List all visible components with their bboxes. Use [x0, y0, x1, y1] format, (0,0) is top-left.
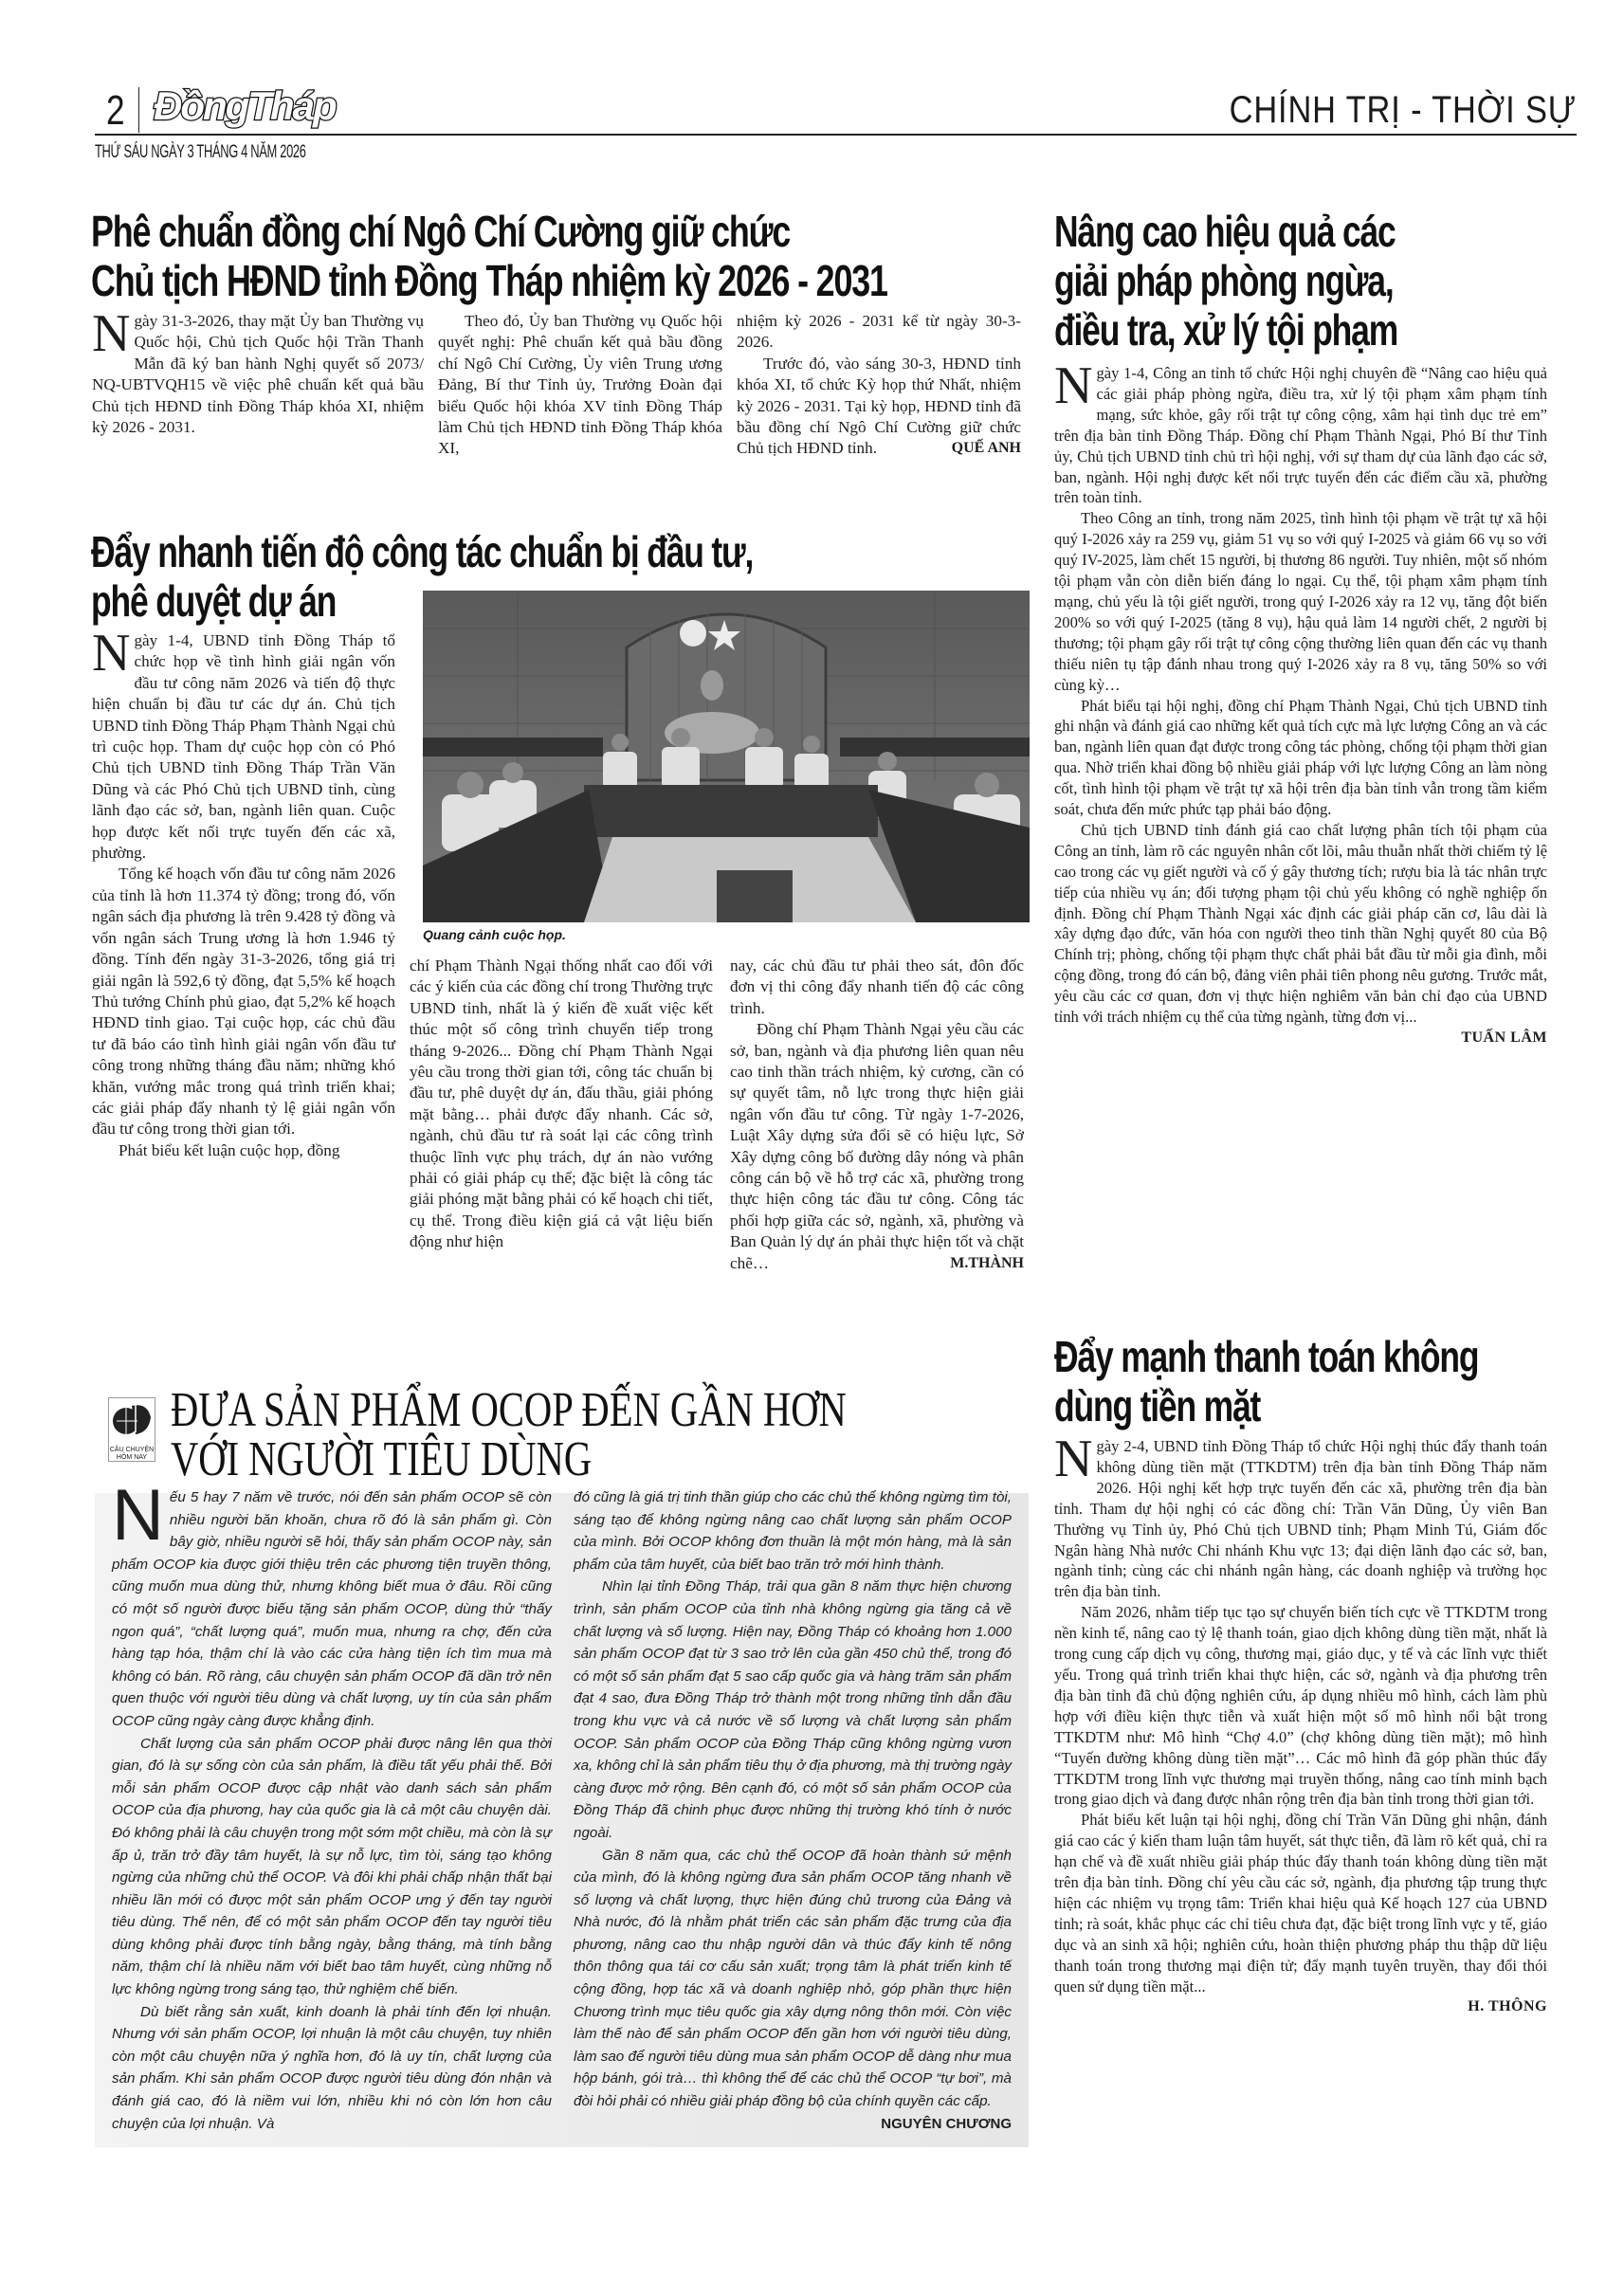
article3-body: Ngày 1-4, Công an tỉnh tổ chức Hội nghị … — [1054, 363, 1547, 1048]
article1-column-3: nhiệm kỳ 2026 - 2031 kể từ ngày 30-3-202… — [737, 311, 1021, 460]
article5-column-2: đó cũng là giá trị tinh thần giúp cho cá… — [574, 1486, 1012, 2135]
byline: M.THÀNH — [923, 1253, 1024, 1274]
body-text: gày 1-4, Công an tỉnh tổ chức Hội nghị c… — [1054, 364, 1547, 506]
byline: QUẾ ANH — [925, 438, 1021, 459]
body-text: đó cũng là giá trị tinh thần giúp cho cá… — [574, 1486, 1012, 1576]
body-text: Tổng kế hoạch vốn đầu tư công năm 2026 c… — [92, 864, 395, 1139]
drop-cap: N — [92, 313, 130, 355]
headline-line: VỚI NGƯỜI TIÊU DÙNG — [171, 1435, 984, 1485]
article4-body: Ngày 2-4, UBND tỉnh Đồng Tháp tổ chức Hộ… — [1054, 1436, 1547, 2017]
body-text: chí Phạm Thành Ngại thống nhất cao đối v… — [410, 956, 713, 1253]
page-number: 2 — [106, 87, 124, 135]
body-text: nhiệm kỳ 2026 - 2031 kể từ ngày 30-3-202… — [737, 311, 1021, 354]
drop-cap: N — [92, 632, 130, 674]
icon-label: CÂU CHUYỆN — [109, 1447, 155, 1454]
section-title: CHÍNH TRỊ - THỜI SỰ — [1230, 89, 1577, 132]
body-text: Đồng chí Phạm Thành Ngại yêu cầu các sở,… — [730, 1020, 1024, 1271]
body-text: Theo đó, Ủy ban Thường vụ Quốc hội quyết… — [438, 311, 722, 460]
masthead-rule — [95, 134, 1577, 136]
byline: TUẤN LÂM — [1054, 1028, 1547, 1048]
body-text: gày 31-3-2026, thay mặt Ủy ban Thường vụ… — [92, 312, 424, 436]
article4-headline: Đẩy mạnh thanh toán không dùng tiền mặt — [1054, 1332, 1529, 1430]
body-text: Theo Công an tỉnh, trong năm 2025, tình … — [1054, 508, 1547, 695]
body-text: Phát biểu kết luận cuộc họp, đồng — [92, 1140, 395, 1161]
headline-line: giải pháp phòng ngừa, — [1054, 256, 1529, 305]
body-text: gày 1-4, UBND tỉnh Đồng Tháp tổ chức họp… — [92, 631, 395, 862]
article5-column-1: Nếu 5 hay 7 năm về trước, nói đến sản ph… — [112, 1486, 552, 2135]
byline: H. THÔNG — [1054, 1996, 1547, 2017]
article3-headline: Nâng cao hiệu quả các giải pháp phòng ng… — [1054, 207, 1529, 355]
headline-line: điều tra, xử lý tội phạm — [1054, 305, 1529, 355]
headline-line: Nâng cao hiệu quả các — [1054, 207, 1529, 256]
body-text: Gần 8 năm qua, các chủ thể OCOP đã hoàn … — [574, 1848, 1012, 2110]
globe-pen-icon — [109, 1398, 155, 1442]
headline-line: ĐƯA SẢN PHẨM OCOP ĐẾN GẦN HƠN — [171, 1386, 984, 1435]
article5-headline: ĐƯA SẢN PHẨM OCOP ĐẾN GẦN HƠN VỚI NGƯỜI … — [171, 1386, 984, 1485]
masthead-divider — [138, 87, 139, 133]
photo-image — [423, 591, 1030, 922]
body-text: Năm 2026, nhằm tiếp tục tạo sự chuyển bi… — [1054, 1602, 1547, 1810]
body-text: ếu 5 hay 7 năm về trước, nói đến sản phẩ… — [112, 1489, 552, 1729]
article2-column-3: nay, các chủ đầu tư phải theo sát, đôn đ… — [730, 956, 1024, 1274]
body-text: Phát biểu tại hội nghị, đồng chí Phạm Th… — [1054, 696, 1547, 820]
body-text: Chất lượng của sản phẩm OCOP phải được n… — [112, 1733, 552, 2001]
body-text: Phát biểu kết luận tại hội nghị, đồng ch… — [1054, 1810, 1547, 1996]
column-icon: CÂU CHUYỆN HÔM NAY — [108, 1397, 155, 1462]
article1-column-2: Theo đó, Ủy ban Thường vụ Quốc hội quyết… — [438, 311, 722, 460]
article1-headline: Phê chuẩn đồng chí Ngô Chí Cường giữ chứ… — [91, 207, 926, 305]
body-text: Chủ tịch UBND tỉnh đánh giá cao chất lượ… — [1054, 820, 1547, 1028]
headline-line: Phê chuẩn đồng chí Ngô Chí Cường giữ chứ… — [91, 207, 926, 256]
icon-label: HÔM NAY — [109, 1454, 155, 1462]
byline: NGUYÊN CHƯƠNG — [852, 2113, 1012, 2136]
body-text: gày 2-4, UBND tỉnh Đồng Tháp tổ chức Hội… — [1054, 1437, 1547, 1600]
issue-date: THỨ SÁU NGÀY 3 THÁNG 4 NĂM 2026 — [95, 142, 306, 163]
headline-line: Đẩy mạnh thanh toán không — [1054, 1332, 1529, 1381]
drop-cap: N — [112, 1486, 164, 1545]
article1-column-1: Ngày 31-3-2026, thay mặt Ủy ban Thường v… — [92, 311, 424, 438]
article2-column-1: Ngày 1-4, UBND tỉnh Đồng Tháp tổ chức họ… — [92, 630, 395, 1161]
meeting-photo — [423, 591, 1030, 922]
article2-column-2: chí Phạm Thành Ngại thống nhất cao đối v… — [410, 956, 713, 1253]
headline-line: dùng tiền mặt — [1054, 1381, 1529, 1430]
headline-line: Chủ tịch HĐND tỉnh Đồng Tháp nhiệm kỳ 20… — [91, 256, 926, 305]
drop-cap: N — [1054, 1438, 1092, 1480]
body-text: nay, các chủ đầu tư phải theo sát, đôn đ… — [730, 956, 1024, 1019]
photo-caption: Quang cảnh cuộc họp. — [423, 927, 566, 942]
drop-cap: N — [1054, 365, 1092, 407]
newspaper-logo: ĐồngTháp — [154, 83, 336, 129]
body-text: Nhìn lại tỉnh Đồng Tháp, trải qua gần 8 … — [574, 1576, 1012, 1844]
headline-line: Đẩy nhanh tiến độ công tác chuẩn bị đầu … — [91, 527, 989, 576]
body-text: Dù biết rằng sản xuất, kinh doanh là phả… — [112, 2001, 552, 2136]
